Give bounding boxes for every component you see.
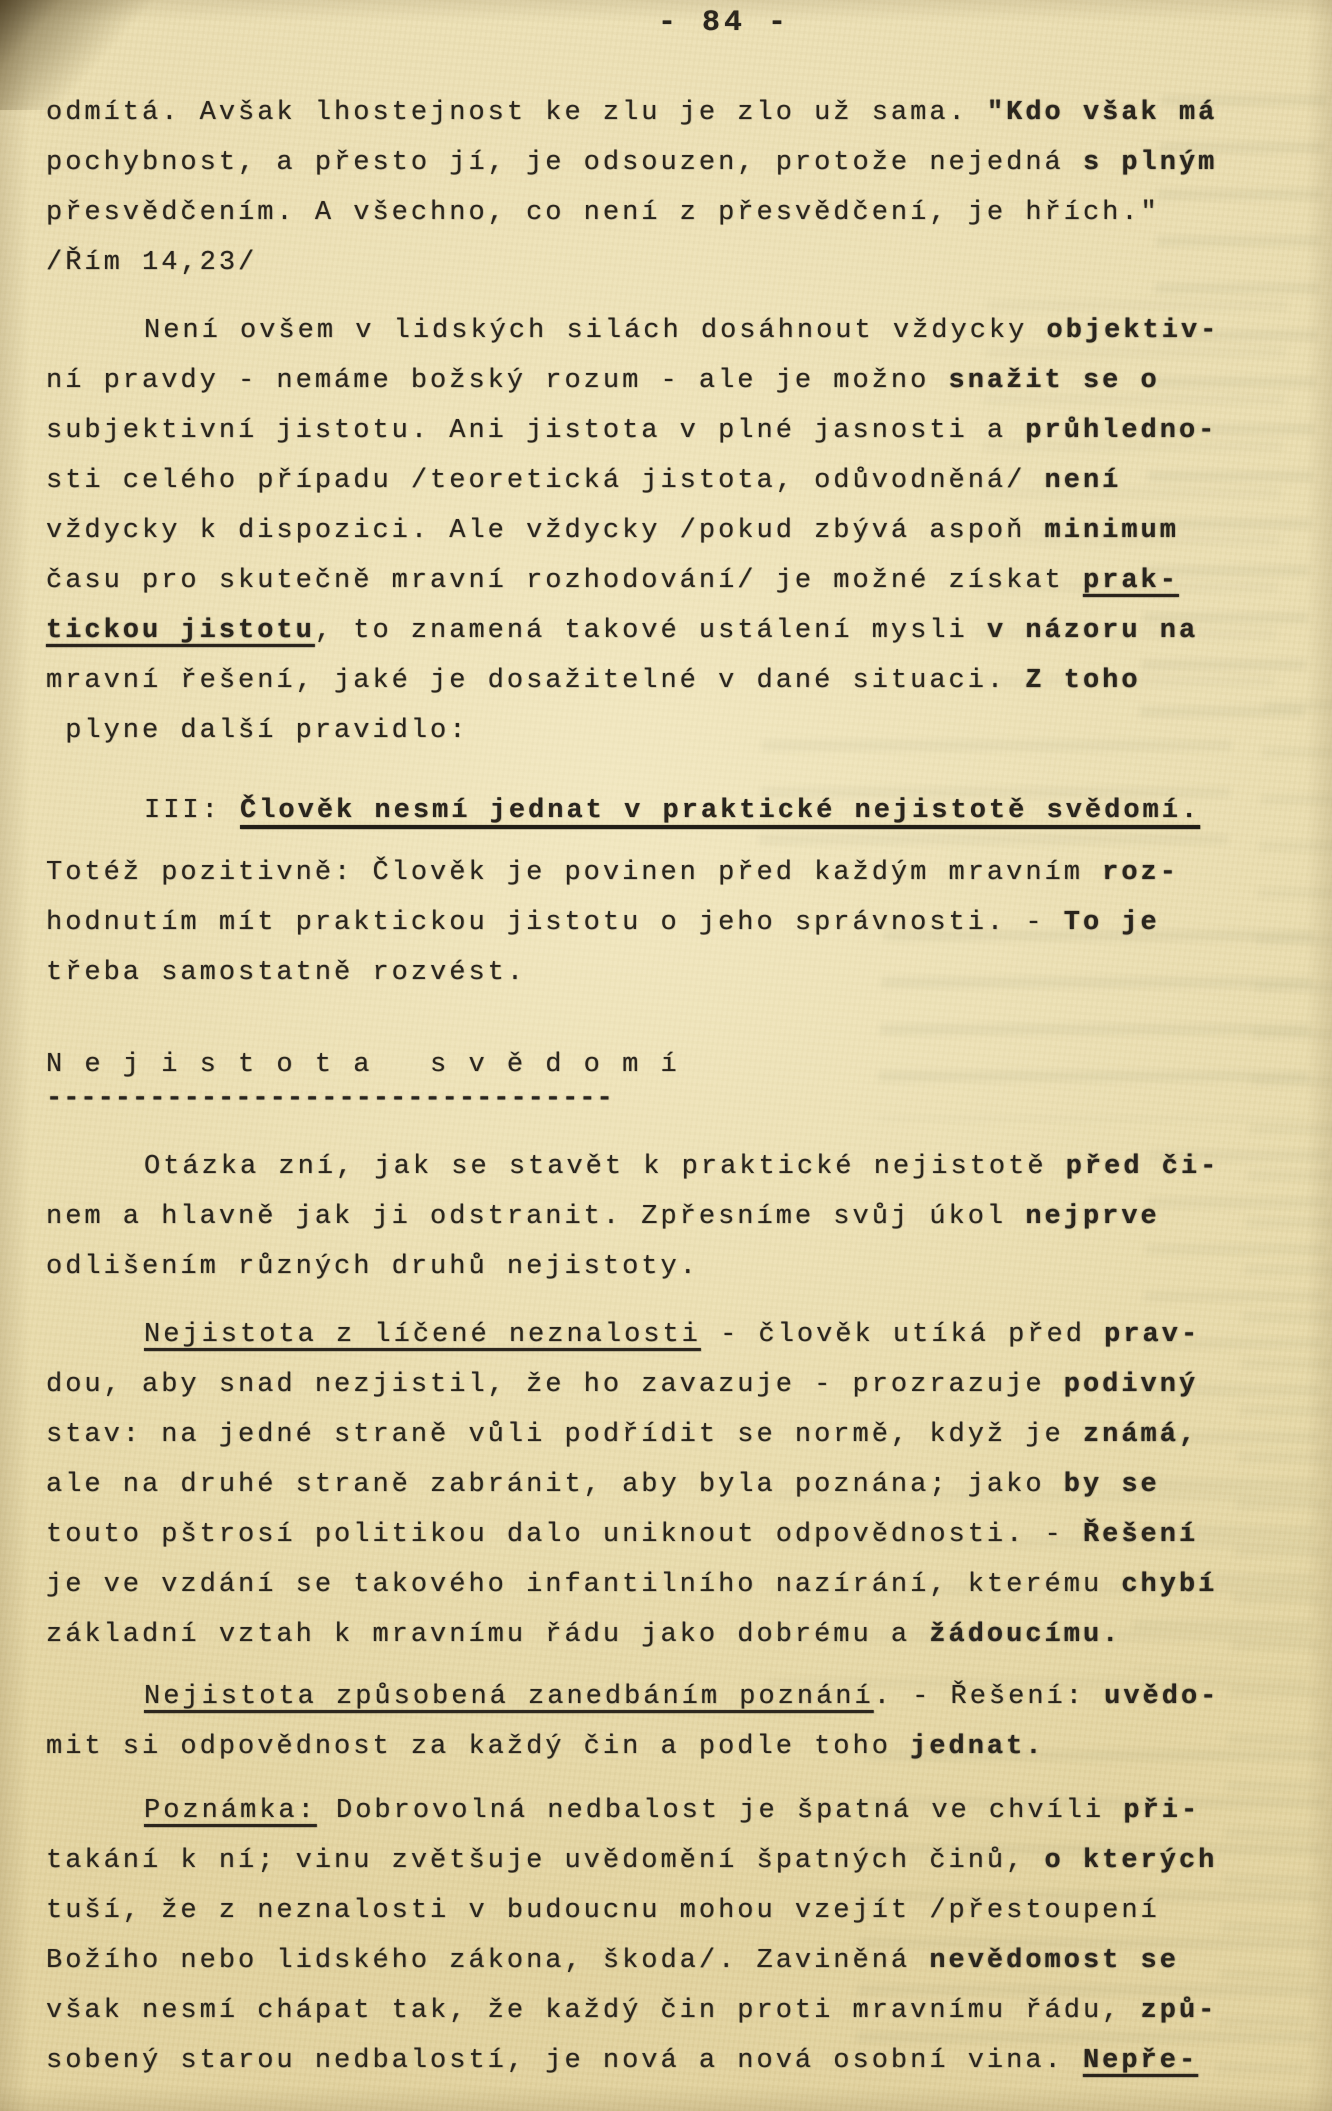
text-segment: To je <box>1064 908 1160 938</box>
text-segment: v názoru na <box>987 616 1198 646</box>
underlined-text: prak- <box>1083 566 1179 596</box>
text-line: základní vztah k mravnímu řádu jako dobr… <box>46 1610 1296 1660</box>
text-line: Není ovšem v lidských silách dosáhnout v… <box>46 306 1296 356</box>
text-line: vždycky k dispozici. Ale vždycky /pokud … <box>46 506 1296 556</box>
text-segment: sobený starou nedbalostí, je nová a nová… <box>46 2046 1083 2076</box>
text-segment: minimum <box>1045 516 1179 546</box>
text-segment: "Kdo však má <box>987 98 1217 128</box>
underlined-text: Nejistota z líčené neznalosti <box>144 1320 701 1350</box>
text-line: plyne další pravidlo: <box>46 706 1296 756</box>
paragraph-intro: odmítá. Avšak lhostejnost ke zlu je zlo … <box>46 88 1296 288</box>
text-line: času pro skutečně mravní rozhodování/ je… <box>46 556 1296 606</box>
text-line: sti celého případu /teoretická jistota, … <box>46 456 1296 506</box>
text-line: třeba samostatně rozvést. <box>46 948 1296 998</box>
text-segment: objektiv- <box>1047 316 1220 346</box>
text-segment: způ- <box>1141 1996 1218 2026</box>
text-line: /Řím 14,23/ <box>46 238 1296 288</box>
text-segment: - člověk utíká před <box>701 1320 1104 1350</box>
text-segment: Otázka zní, jak se stavět k praktické ne… <box>144 1152 1066 1182</box>
text-line: mravní řešení, jaké je dosažitelné v dan… <box>46 656 1296 706</box>
text-line: Nejistota způsobená zanedbáním poznání. … <box>46 1672 1296 1722</box>
text-segment: . - Řešení: <box>874 1682 1104 1712</box>
text-segment: při- <box>1123 1796 1200 1826</box>
text-segment: Totéž pozitivně: Člověk je povinen před … <box>46 858 1102 888</box>
text-line: odmítá. Avšak lhostejnost ke zlu je zlo … <box>46 88 1296 138</box>
text-line: ní pravdy - nemáme božský rozum - ale je… <box>46 356 1296 406</box>
text-segment: odmítá. Avšak lhostejnost ke zlu je zlo … <box>46 98 987 128</box>
text-line: však nesmí chápat tak, že každý čin prot… <box>46 1986 1296 2036</box>
text-segment: nevědomost se <box>929 1946 1179 1976</box>
text-segment: třeba samostatně rozvést. <box>46 958 526 988</box>
rule-iii-heading: III: Člověk nesmí jednat v praktické nej… <box>46 786 1296 836</box>
text-segment: III: <box>144 796 240 826</box>
text-segment: dou, aby snad nezjistil, že ho zavazuje … <box>46 1370 1064 1400</box>
text-segment: snažit se o <box>949 366 1160 396</box>
text-line: Totéž pozitivně: Člověk je povinen před … <box>46 848 1296 898</box>
text-segment: je ve vzdání se takového infantilního na… <box>46 1570 1121 1600</box>
section-title: N e j i s t o t a s v ě d o m í <box>46 1040 1296 1090</box>
paragraph-note: Poznámka: Dobrovolná nedbalost je špatná… <box>46 1786 1296 2086</box>
text-line: subjektivní jistotu. Ani jistota v plné … <box>46 406 1296 456</box>
text-line: Otázka zní, jak se stavět k praktické ne… <box>46 1142 1296 1192</box>
text-segment: není <box>1045 466 1122 496</box>
text-line: tuší, že z neznalosti v budoucnu mohou v… <box>46 1886 1296 1936</box>
text-segment: podivný <box>1064 1370 1198 1400</box>
text-line: mit si odpovědnost za každý čin a podle … <box>46 1722 1296 1772</box>
text-segment: Řešení <box>1083 1520 1198 1550</box>
text-segment: jednat. <box>910 1732 1044 1762</box>
text-segment: o kterých <box>1045 1846 1218 1876</box>
text-segment: času pro skutečně mravní rozhodování/ je… <box>46 566 1083 596</box>
text-segment: ní pravdy - nemáme božský rozum - ale je… <box>46 366 949 396</box>
underlined-text: Člověk nesmí jednat v praktické nejistot… <box>240 796 1200 826</box>
text-segment: nejprve <box>1025 1202 1159 1232</box>
text-segment: mit si odpovědnost za každý čin a podle … <box>46 1732 910 1762</box>
text-segment: s plným <box>1083 148 1217 178</box>
text-line: touto pštrosí politikou dalo uniknout od… <box>46 1510 1296 1560</box>
text-segment: /Řím 14,23/ <box>46 248 257 278</box>
paragraph-neglected-knowledge: Nejistota způsobená zanedbáním poznání. … <box>46 1672 1296 1772</box>
underlined-text: Poznámka: <box>144 1796 317 1826</box>
text-line: stav: na jedné straně vůli podřídit se n… <box>46 1410 1296 1460</box>
text-segment: plyne další pravidlo: <box>46 716 468 746</box>
text-line: Nejistota z líčené neznalosti - člověk u… <box>46 1310 1296 1360</box>
text-segment: nem a hlavně jak ji odstranit. Zpřesníme… <box>46 1202 1025 1232</box>
text-segment: takání k ní; vinu zvětšuje uvědomění špa… <box>46 1846 1045 1876</box>
text-segment: vždycky k dispozici. Ale vždycky /pokud … <box>46 516 1045 546</box>
text-segment: přesvědčením. A všechno, co není z přesv… <box>46 198 1160 228</box>
text-line: odlišením různých druhů nejistoty. <box>46 1242 1296 1292</box>
text-line: Božího nebo lidského zákona, škoda/. Zav… <box>46 1936 1296 1986</box>
text-segment: , to znamená takové ustálení mysli <box>315 616 987 646</box>
paragraph-positive-form: Totéž pozitivně: Člověk je povinen před … <box>46 848 1296 998</box>
text-segment: stav: na jedné straně vůli podřídit se n… <box>46 1420 1083 1450</box>
text-segment: uvědo- <box>1104 1682 1219 1712</box>
text-line: tickou jistotu, to znamená takové ustále… <box>46 606 1296 656</box>
text-segment: pochybnost, a přesto jí, je odsouzen, pr… <box>46 148 1083 178</box>
section-header: N e j i s t o t a s v ě d o m í---------… <box>46 1040 1296 1120</box>
text-segment: ale na druhé straně zabránit, aby byla p… <box>46 1470 1064 1500</box>
text-segment: by se <box>1064 1470 1160 1500</box>
text-segment: Z toho <box>1025 666 1140 696</box>
text-segment: základní vztah k mravnímu řádu jako dobr… <box>46 1620 929 1650</box>
text-segment: touto pštrosí politikou dalo uniknout od… <box>46 1520 1083 1550</box>
text-segment: hodnutím mít praktickou jistotu o jeho s… <box>46 908 1064 938</box>
scanned-typewritten-page: - 84 - odmítá. Avšak lhostejnost ke zlu … <box>0 0 1332 2111</box>
text-segment: průhledno- <box>1025 416 1217 446</box>
text-segment: Božího nebo lidského zákona, škoda/. Zav… <box>46 1946 929 1976</box>
text-line: pochybnost, a přesto jí, je odsouzen, pr… <box>46 138 1296 188</box>
underlined-text: Nejistota způsobená zanedbáním poznání <box>144 1682 874 1712</box>
text-segment: odlišením různých druhů nejistoty. <box>46 1252 699 1282</box>
text-segment: roz- <box>1102 858 1179 888</box>
text-line: dou, aby snad nezjistil, že ho zavazuje … <box>46 1360 1296 1410</box>
text-segment: Není ovšem v lidských silách dosáhnout v… <box>144 316 1047 346</box>
text-line: III: Člověk nesmí jednat v praktické nej… <box>46 786 1296 836</box>
text-segment: Dobrovolná nedbalost je špatná ve chvíli <box>317 1796 1124 1826</box>
text-segment: subjektivní jistotu. Ani jistota v plné … <box>46 416 1025 446</box>
text-segment: prav- <box>1104 1320 1200 1350</box>
text-segment: však nesmí chápat tak, že každý čin prot… <box>46 1996 1141 2026</box>
text-segment: chybí <box>1121 1570 1217 1600</box>
paragraph-practical-certainty: Není ovšem v lidských silách dosáhnout v… <box>46 306 1296 756</box>
text-line: přesvědčením. A všechno, co není z přesv… <box>46 188 1296 238</box>
paragraph-question: Otázka zní, jak se stavět k praktické ne… <box>46 1142 1296 1292</box>
text-segment: tuší, že z neznalosti v budoucnu mohou v… <box>46 1896 1160 1926</box>
text-line: nem a hlavně jak ji odstranit. Zpřesníme… <box>46 1192 1296 1242</box>
text-segment: mravní řešení, jaké je dosažitelné v dan… <box>46 666 1025 696</box>
text-segment: žádoucímu. <box>929 1620 1121 1650</box>
text-segment: známá, <box>1083 1420 1198 1450</box>
text-line: je ve vzdání se takového infantilního na… <box>46 1560 1296 1610</box>
text-segment: sti celého případu /teoretická jistota, … <box>46 466 1045 496</box>
underlined-text: tickou jistotu <box>46 616 315 646</box>
text-line: Poznámka: Dobrovolná nedbalost je špatná… <box>46 1786 1296 1836</box>
paragraph-feigned-ignorance: Nejistota z líčené neznalosti - člověk u… <box>46 1310 1296 1660</box>
text-line: sobený starou nedbalostí, je nová a nová… <box>46 2036 1296 2086</box>
text-line: hodnutím mít praktickou jistotu o jeho s… <box>46 898 1296 948</box>
document-body: odmítá. Avšak lhostejnost ke zlu je zlo … <box>0 0 1332 2086</box>
text-line: ale na druhé straně zabránit, aby byla p… <box>46 1460 1296 1510</box>
text-line: takání k ní; vinu zvětšuje uvědomění špa… <box>46 1836 1296 1886</box>
underlined-text: Nepře- <box>1083 2046 1198 2076</box>
text-segment: před či- <box>1066 1152 1220 1182</box>
